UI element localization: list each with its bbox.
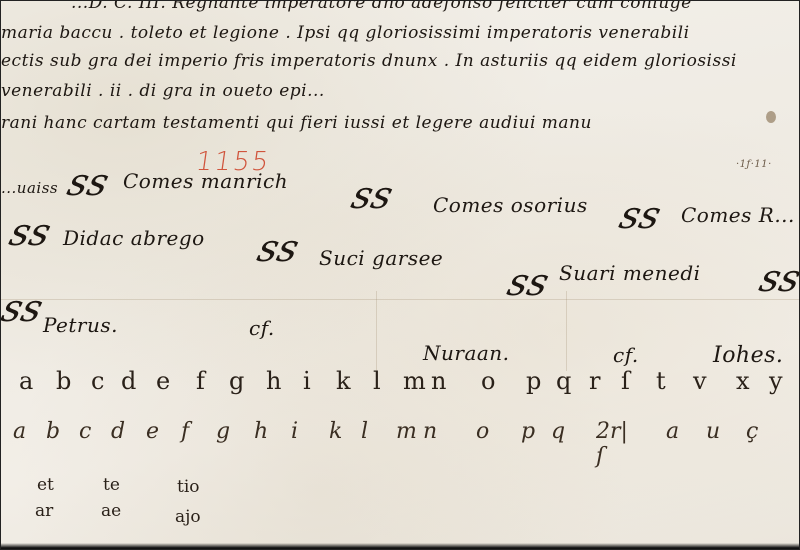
signum-mark-icon: ss — [616, 196, 665, 234]
letter: u — [706, 419, 720, 444]
letter: x — [736, 367, 750, 395]
letter: n — [431, 367, 446, 395]
fold-line-vertical-2 — [566, 291, 567, 371]
ligature: ar — [35, 501, 53, 521]
signatory-name: Suci garsee — [319, 246, 443, 270]
text-line-2: maria baccu . toleto et legione . Ipsi q… — [1, 23, 690, 43]
letter: r — [589, 367, 600, 395]
signum-mark-icon: ss — [756, 259, 800, 297]
signatory-name: Comes R... — [681, 203, 795, 227]
letter: t — [656, 367, 666, 395]
letter: g — [229, 367, 244, 395]
ligature: te — [103, 475, 120, 495]
letter: h — [254, 419, 268, 444]
text-line-5: rani hanc cartam testamenti qui fieri iu… — [1, 113, 592, 133]
letter: b — [56, 367, 71, 395]
letter: m — [403, 367, 426, 395]
ligature: et — [37, 475, 54, 495]
signatory-name: Comes osorius — [433, 193, 588, 217]
letter: q — [551, 419, 565, 444]
page-edge-shadow — [1, 543, 799, 549]
confirmation-name: Nuraan. — [423, 341, 510, 365]
letter: c — [79, 419, 91, 444]
letter: f — [196, 367, 205, 395]
letter: o — [476, 419, 489, 444]
letter: g — [216, 419, 230, 444]
ink-stain — [766, 111, 776, 123]
letter: ç — [746, 419, 758, 444]
letter: h — [266, 367, 281, 395]
confirmation-mark: cf. — [249, 316, 275, 340]
confirmation-mark: cf. — [613, 343, 639, 367]
letter: o — [481, 367, 495, 395]
signum-mark-icon: ss — [6, 213, 55, 251]
letter: b — [46, 419, 60, 444]
ligature: ae — [101, 501, 121, 521]
letter: l — [361, 419, 368, 444]
letter: d — [121, 367, 136, 395]
letter: ſ — [621, 367, 630, 395]
letter: n — [423, 419, 437, 444]
letter: e — [146, 419, 159, 444]
letter: e — [156, 367, 170, 395]
text-line-3: ectis sub gra dei imperio fris imperator… — [1, 51, 737, 71]
signum-mark-icon: ss — [64, 163, 113, 201]
signatory-name: Comes manrich — [123, 169, 288, 193]
letter: v — [693, 367, 707, 395]
signatory-name: Didac abrego — [63, 226, 205, 250]
letter: k — [329, 419, 342, 444]
letter: a — [666, 419, 679, 444]
letter: i — [303, 367, 311, 395]
signum-mark-icon: ss — [504, 263, 553, 301]
letter: i — [291, 419, 298, 444]
letter: y — [769, 367, 783, 395]
letter: f — [181, 419, 189, 444]
ligature: ajo — [175, 507, 201, 527]
letter: a — [19, 367, 33, 395]
text-line-4: venerabili . ii . di gra in oueto epi... — [1, 81, 325, 101]
marginal-note: ·1ƒ·11· — [736, 159, 772, 170]
witness-prefix: ...uaiss — [1, 179, 58, 197]
manuscript-photo: ...D. C. III. Regnante imperatore dno ad… — [0, 0, 800, 550]
letter: a — [13, 419, 26, 444]
ligature: tio — [177, 477, 200, 497]
fold-line-horizontal — [1, 299, 800, 300]
letter: 2r|ſ — [596, 419, 628, 469]
letter: m — [396, 419, 417, 444]
confirmation-name: Petrus. — [43, 313, 118, 337]
signum-mark-icon: ss — [254, 229, 303, 267]
letter: l — [373, 367, 381, 395]
letter: c — [91, 367, 104, 395]
letter: q — [556, 367, 571, 395]
letter: k — [336, 367, 351, 395]
letter: d — [111, 419, 125, 444]
letter: p — [526, 367, 541, 395]
confirmation-name: Iohes. — [713, 343, 783, 368]
text-line-1: ...D. C. III. Regnante imperatore dno ad… — [71, 0, 692, 13]
signum-mark-icon: ss — [0, 289, 47, 327]
signum-mark-icon: ss — [348, 176, 397, 214]
letter: p — [521, 419, 535, 444]
signatory-name: Suari menedi — [559, 261, 701, 285]
